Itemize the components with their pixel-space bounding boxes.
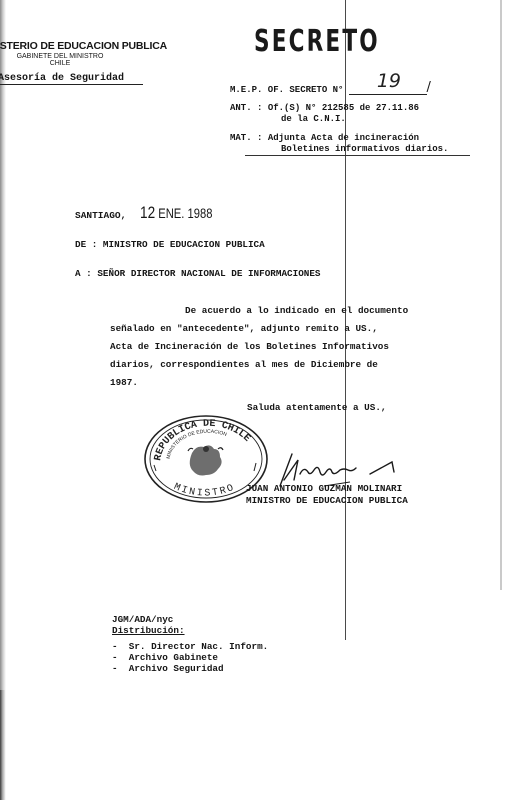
mat-line-1: Adjunta Acta de incineración — [268, 133, 419, 143]
cabinet-name: GABINETE DEL MINISTRO — [0, 53, 120, 60]
to-label: A : — [75, 268, 92, 279]
signatory-name: JUAN ANTONIO GUZMAN MOLINARI — [246, 483, 402, 495]
mat-line-2: Boletines informativos diarios. — [281, 144, 448, 154]
scan-edge-right — [500, 0, 502, 590]
scan-edge-left — [0, 0, 6, 800]
body-line-5: 1987. — [110, 374, 138, 392]
bullet-dash: - — [112, 652, 129, 663]
date-stamp: 12 ENE. 1988 — [140, 203, 212, 223]
ant-line-2: de la C.N.I. — [281, 114, 346, 124]
letterhead: ISTERIO DE EDUCACION PUBLICA GABINETE DE… — [0, 40, 150, 85]
mep-label: M.E.P. OF. SECRETO N° — [230, 85, 343, 95]
ant-reference: ANT. : Of.(S) N° 212585 de 27.11.86 — [230, 103, 419, 113]
distribution-item-3: Archivo Seguridad — [129, 663, 224, 674]
from-value: MINISTRO DE EDUCACION PUBLICA — [103, 239, 265, 250]
distribution-heading: Distribución: — [112, 625, 185, 636]
city: SANTIAGO, — [75, 210, 126, 221]
distribution-item: - Archivo Seguridad — [112, 663, 224, 674]
ant-line-1: Of.(S) N° 212585 de 27.11.86 — [268, 103, 419, 113]
mep-number-field: 19 / — [349, 84, 427, 95]
distribution-item: - Sr. Director Nac. Inform. — [112, 641, 268, 652]
signatory-title: MINISTRO DE EDUCACION PUBLICA — [246, 495, 408, 507]
body-line-3: Acta de Incineración de los Boletines In… — [110, 338, 389, 356]
body-line-4: diarios, correspondientes al mes de Dici… — [110, 356, 378, 374]
ant-label: ANT. : — [230, 103, 262, 113]
svg-text:MINISTRO: MINISTRO — [172, 482, 238, 500]
bullet-dash: - — [112, 663, 129, 674]
mat-reference: MAT. : Adjunta Acta de incineración — [230, 133, 419, 143]
subject-rule — [245, 155, 470, 156]
distribution-item-1: Sr. Director Nac. Inform. — [129, 641, 268, 652]
reference-initials: JGM/ADA/nyc — [112, 614, 173, 625]
scanned-document: ISTERIO DE EDUCACION PUBLICA GABINETE DE… — [0, 0, 513, 800]
mat-label: MAT. : — [230, 133, 262, 143]
mep-number: 19 — [377, 70, 401, 92]
date-line: SANTIAGO, 12 ENE. 1988 — [75, 203, 230, 223]
from-line: DE : MINISTRO DE EDUCACION PUBLICA — [75, 236, 265, 254]
to-value: SEÑOR DIRECTOR NACIONAL DE INFORMACIONES — [97, 268, 320, 279]
distribution-item: - Archivo Gabinete — [112, 652, 218, 663]
country-name: CHILE — [0, 60, 120, 67]
classification-stamp: SECRETO — [254, 24, 380, 59]
ministry-name: ISTERIO DE EDUCACION PUBLICA — [0, 40, 150, 52]
date-day: 12 — [140, 203, 155, 222]
body-line-1: De acuerdo a lo indicado en el documento — [185, 302, 408, 320]
body-line-2: señalado en "antecedente", adjunto remit… — [110, 320, 378, 338]
mep-reference: M.E.P. OF. SECRETO N° 19 / — [230, 84, 427, 95]
to-line: A : SEÑOR DIRECTOR NACIONAL DE INFORMACI… — [75, 265, 321, 283]
department-name: Asesoría de Seguridad — [0, 73, 143, 85]
bullet-dash: - — [112, 641, 129, 652]
from-label: DE : — [75, 239, 97, 250]
distribution-item-2: Archivo Gabinete — [129, 652, 218, 663]
seal-bottom-text: MINISTRO — [172, 482, 238, 500]
handwritten-slash: / — [426, 80, 430, 95]
scan-edge-shadow — [0, 690, 5, 800]
coat-of-arms-icon — [188, 445, 223, 475]
date-month-year: ENE. 1988 — [158, 205, 212, 221]
